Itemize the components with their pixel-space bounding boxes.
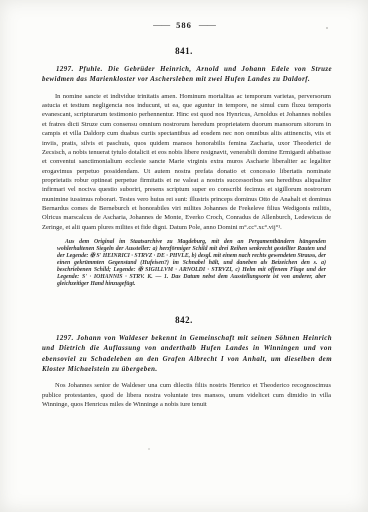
- scan-speck: [326, 27, 328, 29]
- entry-number-841: 841.: [0, 46, 368, 56]
- entry-number-842: 842.: [0, 315, 368, 325]
- entry-footnote-841: Aus dem Original im Staatsarchive zu Mag…: [57, 239, 326, 288]
- entry-body-842: Nos Johannes senior de Waldeser una cum …: [42, 381, 331, 409]
- page-number: 586: [176, 21, 192, 30]
- page-header: —— 586 ——: [0, 0, 368, 30]
- entry-body-841: In nomine sancte et individue trinitatis…: [42, 92, 331, 232]
- header-rule-left: ——: [153, 21, 169, 30]
- charter-entry-841: 841. 1297. Pfuhle. Die Gebrüder Heinrich…: [0, 46, 368, 288]
- header-rule-right: ——: [199, 21, 215, 30]
- scan-speck: [148, 448, 150, 450]
- scanned-page: —— 586 —— 841. 1297. Pfuhle. Die Gebrüde…: [0, 0, 368, 512]
- scan-speck: [66, 345, 68, 346]
- entry-heading-842: 1297. Johann von Waldeser bekennt in Gem…: [42, 334, 332, 375]
- charter-entry-842: 842. 1297. Johann von Waldeser bekennt i…: [0, 315, 368, 410]
- entry-heading-841: 1297. Pfuhle. Die Gebrüder Heinrich, Arn…: [42, 65, 332, 86]
